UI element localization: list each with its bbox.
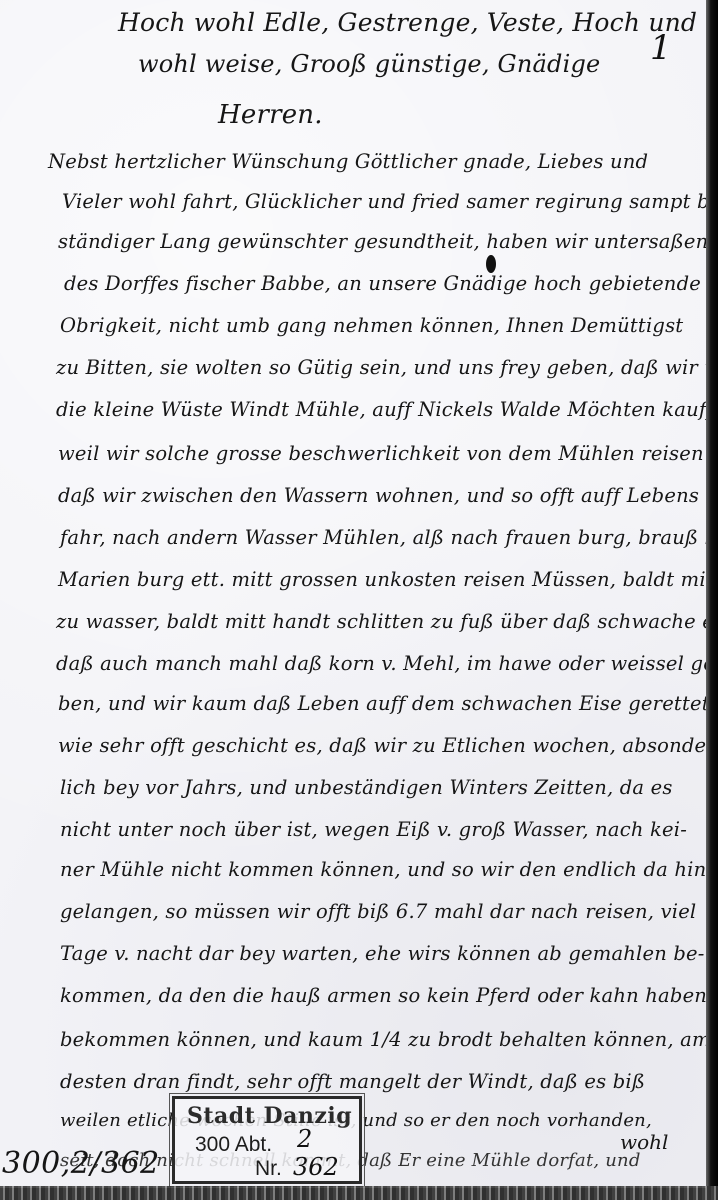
body-line: gelangen, so müssen wir offt biß 6.7 mah… bbox=[60, 900, 696, 923]
body-line: desten dran findt, sehr offt mangelt der… bbox=[60, 1070, 645, 1093]
margin-archive-reference: 300,2/362 bbox=[2, 1146, 160, 1181]
stamp-fonds-number: 2 bbox=[297, 1125, 312, 1153]
stamp-title: Stadt Danzig bbox=[187, 1103, 352, 1129]
stamp-nr-label: Nr. bbox=[255, 1157, 282, 1181]
body-line: Tage v. nacht dar bey warten, ehe wirs k… bbox=[60, 942, 705, 965]
body-line: kommen, da den die hauß armen so kein Pf… bbox=[60, 984, 706, 1007]
body-line: ben, und wir kaum daß Leben auff dem sch… bbox=[58, 692, 706, 715]
body-line: fahr, nach andern Wasser Mühlen, alß nac… bbox=[60, 526, 706, 549]
body-line: zu Bitten, sie wolten so Gütig sein, und… bbox=[56, 356, 706, 379]
salutation-line: Herren. bbox=[218, 100, 323, 130]
archive-stamp: Stadt Danzig 300 Abt. 2 Nr. 362 bbox=[172, 1096, 362, 1184]
body-line: weil wir solche grosse beschwerlichkeit … bbox=[58, 442, 706, 465]
scan-border-right bbox=[706, 0, 718, 1200]
body-line: ner Mühle nicht kommen können, und so wi… bbox=[60, 858, 706, 881]
salutation-line: Hoch wohl Edle, Gestrenge, Veste, Hoch u… bbox=[118, 8, 697, 37]
scan-border-bottom bbox=[0, 1186, 718, 1200]
body-line: Nebst hertzlicher Wünschung Göttlicher g… bbox=[48, 150, 648, 173]
closing-word: wohl bbox=[620, 1130, 668, 1154]
body-line: des Dorffes fischer Babbe, an unsere Gnä… bbox=[64, 272, 701, 295]
stamp-fonds-label: 300 Abt. bbox=[195, 1133, 272, 1157]
body-line: Obrigkeit, nicht umb gang nehmen können,… bbox=[60, 314, 683, 337]
body-line: ständiger Lang gewünschter gesundtheit, … bbox=[58, 230, 706, 253]
body-line: die kleine Wüste Windt Mühle, auff Nicke… bbox=[56, 398, 706, 421]
body-line: zu wasser, baldt mitt handt schlitten zu… bbox=[56, 610, 706, 633]
body-line: wie sehr offt geschicht es, daß wir zu E… bbox=[58, 734, 706, 757]
ink-blot bbox=[486, 255, 496, 273]
body-line: nicht unter noch über ist, wegen Eiß v. … bbox=[60, 818, 687, 841]
body-line: Vieler wohl fahrt, Glücklicher und fried… bbox=[62, 190, 706, 213]
body-line: bekommen können, und kaum 1/4 zu brodt b… bbox=[60, 1028, 706, 1051]
salutation-line: wohl weise, Grooß günstige, Gnädige bbox=[138, 50, 600, 78]
body-line: lich bey vor Jahrs, und unbeständigen Wi… bbox=[60, 776, 673, 799]
body-line: daß wir zwischen den Wassern wohnen, und… bbox=[58, 484, 706, 507]
document-page: 1 Hoch wohl Edle, Gestrenge, Veste, Hoch… bbox=[0, 0, 706, 1188]
stamp-nr-value: 362 bbox=[293, 1153, 339, 1181]
body-line: Marien burg ett. mitt grossen unkosten r… bbox=[58, 568, 706, 591]
body-line: daß auch manch mahl daß korn v. Mehl, im… bbox=[56, 652, 706, 675]
